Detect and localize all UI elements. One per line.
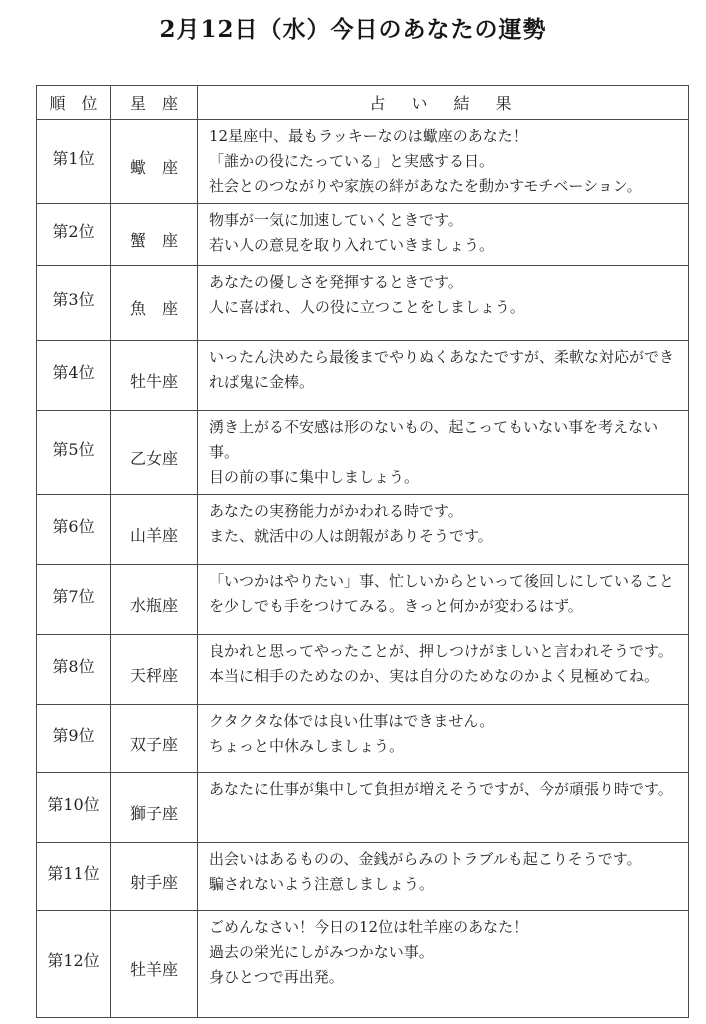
rank-cell: 第8位 — [37, 635, 111, 705]
fortune-cell: クタクタな体では良い仕事はできません。 ちょっと中休みしましょう。 — [198, 705, 689, 773]
sign-cell: 蠍 座 — [111, 120, 198, 204]
rank-cell: 第9位 — [37, 705, 111, 773]
rank-cell: 第12位 — [37, 911, 111, 1018]
table-row: 第5位 乙女座 湧き上がる不安感は形のないもの、起こってもいない事を考えない事。… — [37, 411, 689, 495]
fortune-cell: 良かれと思ってやったことが、押しつけがましいと言われそうです。 本当に相手のため… — [198, 635, 689, 705]
sign-cell: 魚 座 — [111, 266, 198, 341]
fortune-cell: 湧き上がる不安感は形のないもの、起こってもいない事を考えない事。 目の前の事に集… — [198, 411, 689, 495]
rank-cell: 第11位 — [37, 843, 111, 911]
sign-cell: 水瓶座 — [111, 565, 198, 635]
fortune-cell: あなたの実務能力がかわれる時です。 また、就活中の人は朗報がありそうです。 — [198, 495, 689, 565]
rank-cell: 第4位 — [37, 341, 111, 411]
rank-cell: 第5位 — [37, 411, 111, 495]
sign-cell: 乙女座 — [111, 411, 198, 495]
table-row: 第3位 魚 座 あなたの優しさを発揮するときです。 人に喜ばれ、人の役に立つこと… — [37, 266, 689, 341]
sign-cell: 牡牛座 — [111, 341, 198, 411]
sign-cell: 天秤座 — [111, 635, 198, 705]
table-row: 第1位 蠍 座 12星座中、最もラッキーなのは蠍座のあなた！ 「誰かの役にたって… — [37, 120, 689, 204]
rank-cell: 第7位 — [37, 565, 111, 635]
table-row: 第12位 牡羊座 ごめんなさい！今日の12位は牡羊座のあなた！ 過去の栄光にしが… — [37, 911, 689, 1018]
rank-cell: 第6位 — [37, 495, 111, 565]
fortune-cell: 12星座中、最もラッキーなのは蠍座のあなた！ 「誰かの役にたっている」と実感する… — [198, 120, 689, 204]
fortune-table: 順 位 星 座 占 い 結 果 第1位 蠍 座 12星座中、最もラッキーなのは蠍… — [36, 85, 689, 1018]
rank-cell: 第2位 — [37, 204, 111, 266]
fortune-cell: 出会いはあるものの、金銭がらみのトラブルも起こりそうです。 騙されないよう注意し… — [198, 843, 689, 911]
sign-cell: 獅子座 — [111, 773, 198, 843]
sign-cell: 牡羊座 — [111, 911, 198, 1018]
fortune-cell: あなたに仕事が集中して負担が増えそうですが、今が頑張り時です。 — [198, 773, 689, 843]
table-row: 第6位 山羊座 あなたの実務能力がかわれる時です。 また、就活中の人は朗報があり… — [37, 495, 689, 565]
table-row: 第8位 天秤座 良かれと思ってやったことが、押しつけがましいと言われそうです。 … — [37, 635, 689, 705]
table-row: 第9位 双子座 クタクタな体では良い仕事はできません。 ちょっと中休みしましょう… — [37, 705, 689, 773]
rank-cell: 第3位 — [37, 266, 111, 341]
rank-cell: 第1位 — [37, 120, 111, 204]
rank-cell: 第10位 — [37, 773, 111, 843]
fortune-cell: ごめんなさい！今日の12位は牡羊座のあなた！ 過去の栄光にしがみつかない事。 身… — [198, 911, 689, 1018]
sign-cell: 双子座 — [111, 705, 198, 773]
sign-cell: 蟹 座 — [111, 204, 198, 266]
table-row: 第11位 射手座 出会いはあるものの、金銭がらみのトラブルも起こりそうです。 騙… — [37, 843, 689, 911]
table-row: 第4位 牡牛座 いったん決めたら最後までやりぬくあなたですが、柔軟な対応ができれ… — [37, 341, 689, 411]
result-column-header: 占 い 結 果 — [198, 86, 689, 120]
rank-column-header: 順 位 — [37, 86, 111, 120]
table-header-row: 順 位 星 座 占 い 結 果 — [37, 86, 689, 120]
fortune-cell: 「いつかはやりたい」事、忙しいからといって後回しにしていることを少しでも手をつけ… — [198, 565, 689, 635]
table-row: 第2位 蟹 座 物事が一気に加速していくときです。 若い人の意見を取り入れていき… — [37, 204, 689, 266]
table-row: 第7位 水瓶座 「いつかはやりたい」事、忙しいからといって後回しにしていることを… — [37, 565, 689, 635]
sign-cell: 射手座 — [111, 843, 198, 911]
page-title: 2月12日（水）今日のあなたの運勢 — [0, 0, 706, 45]
document-page: 2月12日（水）今日のあなたの運勢 順 位 星 座 占 い 結 果 第1位 蠍 … — [0, 0, 706, 1018]
fortune-cell: いったん決めたら最後までやりぬくあなたですが、柔軟な対応ができれば鬼に金棒。 — [198, 341, 689, 411]
fortune-cell: 物事が一気に加速していくときです。 若い人の意見を取り入れていきましょう。 — [198, 204, 689, 266]
sign-cell: 山羊座 — [111, 495, 198, 565]
sign-column-header: 星 座 — [111, 86, 198, 120]
table-row: 第10位 獅子座 あなたに仕事が集中して負担が増えそうですが、今が頑張り時です。 — [37, 773, 689, 843]
fortune-cell: あなたの優しさを発揮するときです。 人に喜ばれ、人の役に立つことをしましょう。 — [198, 266, 689, 341]
